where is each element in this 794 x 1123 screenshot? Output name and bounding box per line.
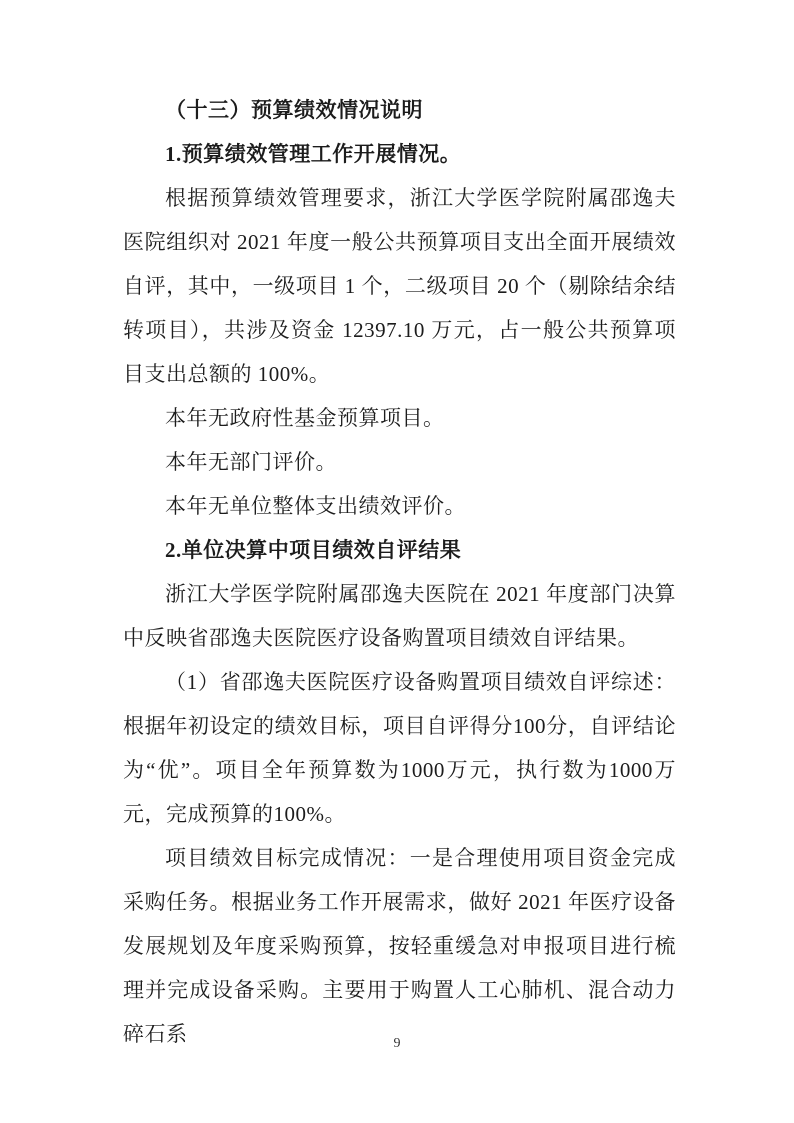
subsection-1-heading: 1.预算绩效管理工作开展情况。: [123, 132, 676, 176]
paragraph: 本年无单位整体支出绩效评价。: [123, 484, 676, 528]
paragraph: 本年无部门评价。: [123, 440, 676, 484]
section-heading: （十三）预算绩效情况说明: [123, 88, 676, 132]
document-body: （十三）预算绩效情况说明 1.预算绩效管理工作开展情况。 根据预算绩效管理要求，…: [123, 88, 676, 1056]
subsection-2-heading: 2.单位决算中项目绩效自评结果: [123, 528, 676, 572]
paragraph: （1）省邵逸夫医院医疗设备购置项目绩效自评综述：根据年初设定的绩效目标，项目自评…: [123, 660, 676, 836]
paragraph: 本年无政府性基金预算项目。: [123, 396, 676, 440]
document-page: （十三）预算绩效情况说明 1.预算绩效管理工作开展情况。 根据预算绩效管理要求，…: [0, 0, 794, 1123]
paragraph: 项目绩效目标完成情况：一是合理使用项目资金完成采购任务。根据业务工作开展需求，做…: [123, 836, 676, 1056]
paragraph: 浙江大学医学院附属邵逸夫医院在 2021 年度部门决算中反映省邵逸夫医院医疗设备…: [123, 572, 676, 660]
page-number: 9: [0, 1034, 794, 1054]
paragraph: 根据预算绩效管理要求，浙江大学医学院附属邵逸夫医院组织对 2021 年度一般公共…: [123, 176, 676, 396]
